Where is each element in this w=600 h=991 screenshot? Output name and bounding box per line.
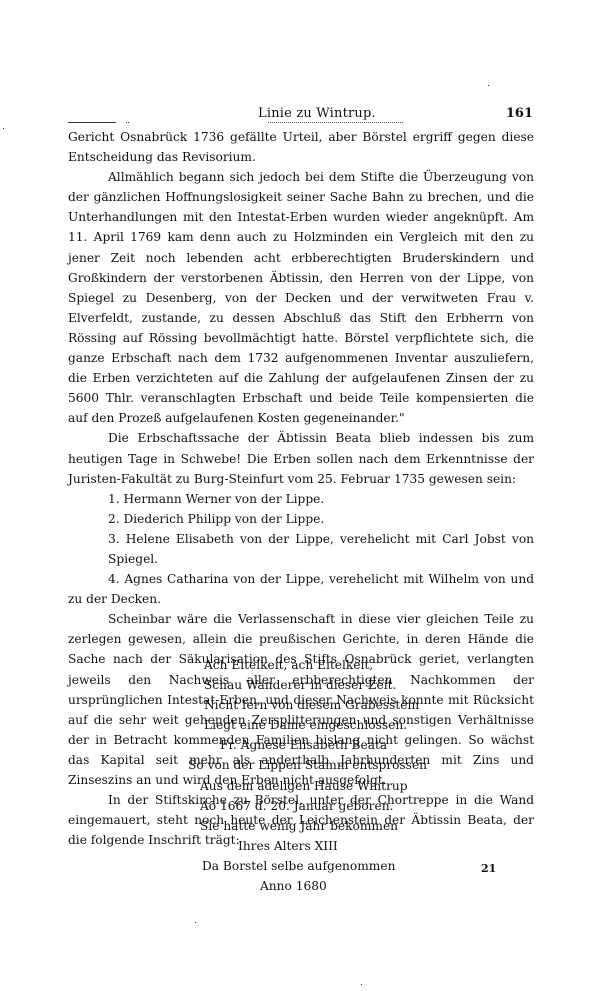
inscription-line: Nicht fern von diesem Grabesstein xyxy=(204,695,600,715)
paragraph-inheritance-case: Die Erbschaftssache der Äbtissin Beata b… xyxy=(68,428,534,488)
heir-list-item: 1. Hermann Werner von der Lippe. xyxy=(68,489,534,509)
document-page: Linie zu Wintrup. 161 Gericht Osnabrück … xyxy=(0,0,600,991)
paragraph-continuation: Gericht Osnabrück 1736 gefällte Urteil, … xyxy=(68,127,534,167)
heir-number: 3. xyxy=(108,532,120,546)
inscription-line: Aō 1667 d. 20. Januar geboren. xyxy=(200,796,600,816)
inscription-line: Fr. Agnese Elisabeth Beata xyxy=(220,735,600,755)
inscription-line: Aus dem adeligen Hause Wintrup xyxy=(200,776,600,796)
heir-list-item: 3. Helene Elisabeth von der Lippe, vereh… xyxy=(68,529,534,569)
heir-number: 2. xyxy=(108,512,120,526)
heir-list-item: 4. Agnes Catharina von der Lippe, verehe… xyxy=(68,569,534,609)
heir-name: Diederich Philipp von der Lippe. xyxy=(124,512,325,526)
heir-name: Helene Elisabeth von der Lippe, vereheli… xyxy=(108,532,534,566)
running-title: Linie zu Wintrup. xyxy=(258,106,376,121)
heir-number: 4. xyxy=(108,572,120,586)
inscription-line: So von der Lippen Stamm entsprossen xyxy=(188,755,600,775)
inscription-line: Ihres Alters XIII xyxy=(238,836,600,856)
scan-speck xyxy=(195,922,196,923)
gravestone-inscription: Ach Eitelkeit, ach Eitelkeit, Schau Wand… xyxy=(68,655,534,896)
heir-list-item: 2. Diederich Philipp von der Lippe. xyxy=(68,509,534,529)
scan-speck xyxy=(488,85,489,86)
heir-number: 1. xyxy=(108,492,120,506)
paragraph-settlement: Allmählich begann sich jedoch bei dem St… xyxy=(68,167,534,428)
scan-speck xyxy=(361,984,362,985)
header-rule-left xyxy=(68,122,116,123)
page-number: 161 xyxy=(506,106,533,121)
scan-speck xyxy=(3,128,4,129)
inscription-line: Anno 1680 xyxy=(260,876,600,896)
heir-name: Agnes Catharina von der Lippe, verehelic… xyxy=(68,572,534,606)
heirs-list: 1. Hermann Werner von der Lippe. 2. Died… xyxy=(68,489,534,610)
signature-mark: 21 xyxy=(481,862,496,875)
header-rule-center xyxy=(268,122,403,123)
heir-name: Hermann Werner von der Lippe. xyxy=(124,492,325,506)
inscription-line: Sie hatte wenig Jahr bekommen xyxy=(200,816,600,836)
header-rule-dots xyxy=(126,122,129,123)
inscription-line: Ach Eitelkeit, ach Eitelkeit, xyxy=(204,655,600,675)
inscription-line: Liegt eine Dame eingeschlossen. xyxy=(204,715,600,735)
inscription-line: Da Borstel selbe aufgenommen xyxy=(202,856,600,876)
inscription-line: Schau Wanderer in dieser Zeit. xyxy=(204,675,600,695)
running-header: Linie zu Wintrup. 161 xyxy=(68,105,533,125)
